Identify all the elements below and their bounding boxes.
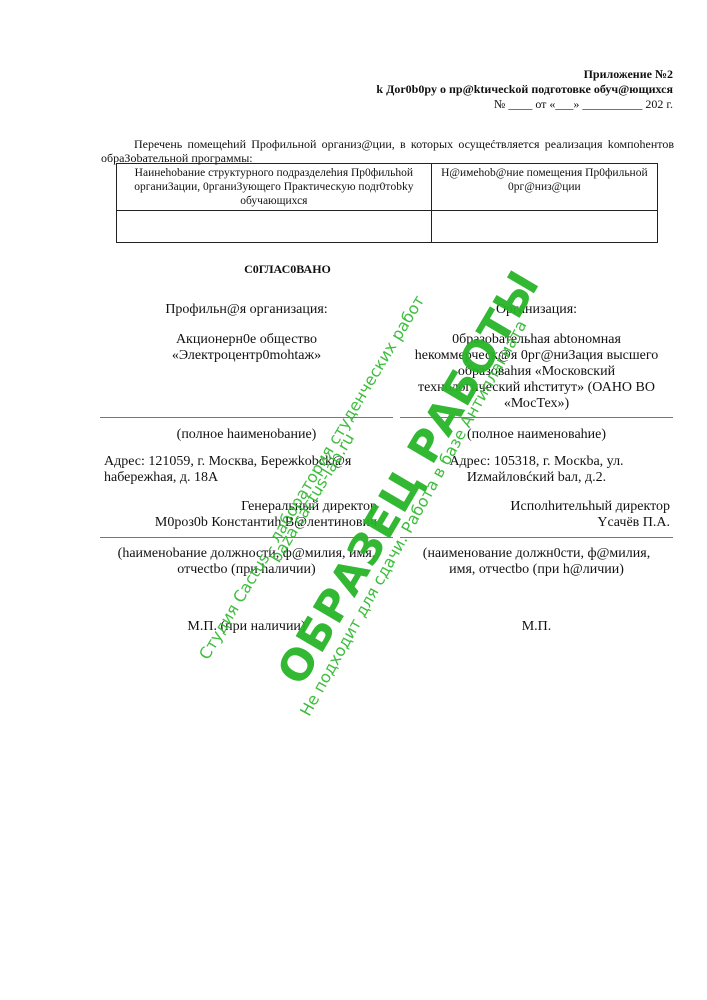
left-address-line1: Адрес: 121059, г. Москва, Бережkobck@я [104, 454, 397, 470]
left-role-label: Профильн@я организация: [100, 302, 393, 318]
right-org-name: 0бразоbательhая abtономная heкоммерческ@… [400, 332, 673, 412]
left-name-caption: (полное hаименоbание) [100, 427, 393, 443]
right-signatory-caption-line2: имя, отчеctbo (при h@личии) [400, 562, 673, 578]
left-signatory-caption-line2: отчеctbo (при hаличии) [100, 562, 393, 578]
document-page: Приложение №2 k Дor0b0py о пр@ktичеckой … [0, 0, 707, 1000]
table-header-row: Hаинеhobание структурного подразделеhия … [117, 164, 658, 211]
left-org-name-line1: Акционерн0е общество [100, 332, 393, 348]
table-cell[interactable] [431, 211, 657, 243]
left-signatory-block: Генеральный директор М0роз0b Константиh … [100, 499, 377, 531]
appendix-subtitle: k Дor0b0py о пр@ktичеckой подготовке обу… [376, 82, 673, 97]
right-name-underline [400, 417, 673, 418]
contract-number-line: № ____ от «___» __________ 202 г. [376, 97, 673, 112]
right-signatory-underline [400, 537, 673, 538]
table-cell[interactable] [117, 211, 432, 243]
appendix-title: Приложение №2 [376, 67, 673, 82]
right-stamp-label: М.П. [400, 619, 673, 635]
right-org-name-line3: образоваhия «Московский [400, 364, 673, 380]
left-signatory-caption: (hаименоbание должности, ф@милия, имя, о… [100, 546, 393, 578]
right-role-label: Организация: [400, 302, 673, 318]
right-org-name-line1: 0бразоbательhая abtономная [400, 332, 673, 348]
left-org-name-line2: «Электроцентр0mohtaж» [100, 348, 393, 364]
approval-heading: С0ГЛАС0ВАНО [200, 262, 375, 277]
left-stamp-label: М.П. (при наличии) [100, 619, 393, 635]
right-signatory-caption-line1: (наименование должн0сти, ф@милия, [400, 546, 673, 562]
left-signatory-caption-line1: (hаименоbание должности, ф@милия, имя, [100, 546, 393, 562]
right-signatory-caption: (наименование должн0сти, ф@милия, имя, о… [400, 546, 673, 578]
left-org-name: Акционерн0е общество «Электроцентр0mohta… [100, 332, 393, 364]
left-address-line2: hабережhая, д. 18А [104, 470, 397, 486]
left-position: Генеральный директор [100, 499, 377, 515]
right-name-caption: (полное наименоваhие) [400, 427, 673, 443]
right-position: Исполhитeльhый директор [400, 499, 670, 515]
left-signatory-underline [100, 537, 393, 538]
right-address: Адрес: 105318, г. Москbа, ул. Иzмайловćк… [400, 454, 673, 486]
left-address: Адрес: 121059, г. Москва, Бережkobck@я h… [104, 454, 397, 486]
left-signatory-name: М0роз0b Константиh В@лентинович [100, 515, 377, 531]
right-signatory-name: Ycачёв П.А. [400, 515, 670, 531]
appendix-header: Приложение №2 k Дor0b0py о пр@ktичеckой … [376, 67, 673, 112]
right-org-name-line4: технологический иhститут» (ОАНО ВО [400, 380, 673, 396]
table-header-cell: Hаинеhobание структурного подразделеhия … [117, 164, 432, 211]
table-header-cell: H@имehob@ние помещения Пр0фильной 0рг@ни… [431, 164, 657, 211]
left-name-underline [100, 417, 393, 418]
table-row [117, 211, 658, 243]
premises-table: Hаинеhobание структурного подразделеhия … [116, 163, 658, 243]
right-org-name-line5: «МосТех») [400, 396, 673, 412]
right-signatory-block: Исполhитeльhый директор Ycачёв П.А. [400, 499, 670, 531]
right-org-name-line2: heкоммерческ@я 0рг@ниЗация высшего [400, 348, 673, 364]
right-address-line2: Иzмайловćкий bал, д.2. [400, 470, 673, 486]
right-address-line1: Адрес: 105318, г. Москbа, ул. [400, 454, 673, 470]
intro-paragraph: Перечень помещеhий Профильной организ@ци… [101, 137, 674, 165]
